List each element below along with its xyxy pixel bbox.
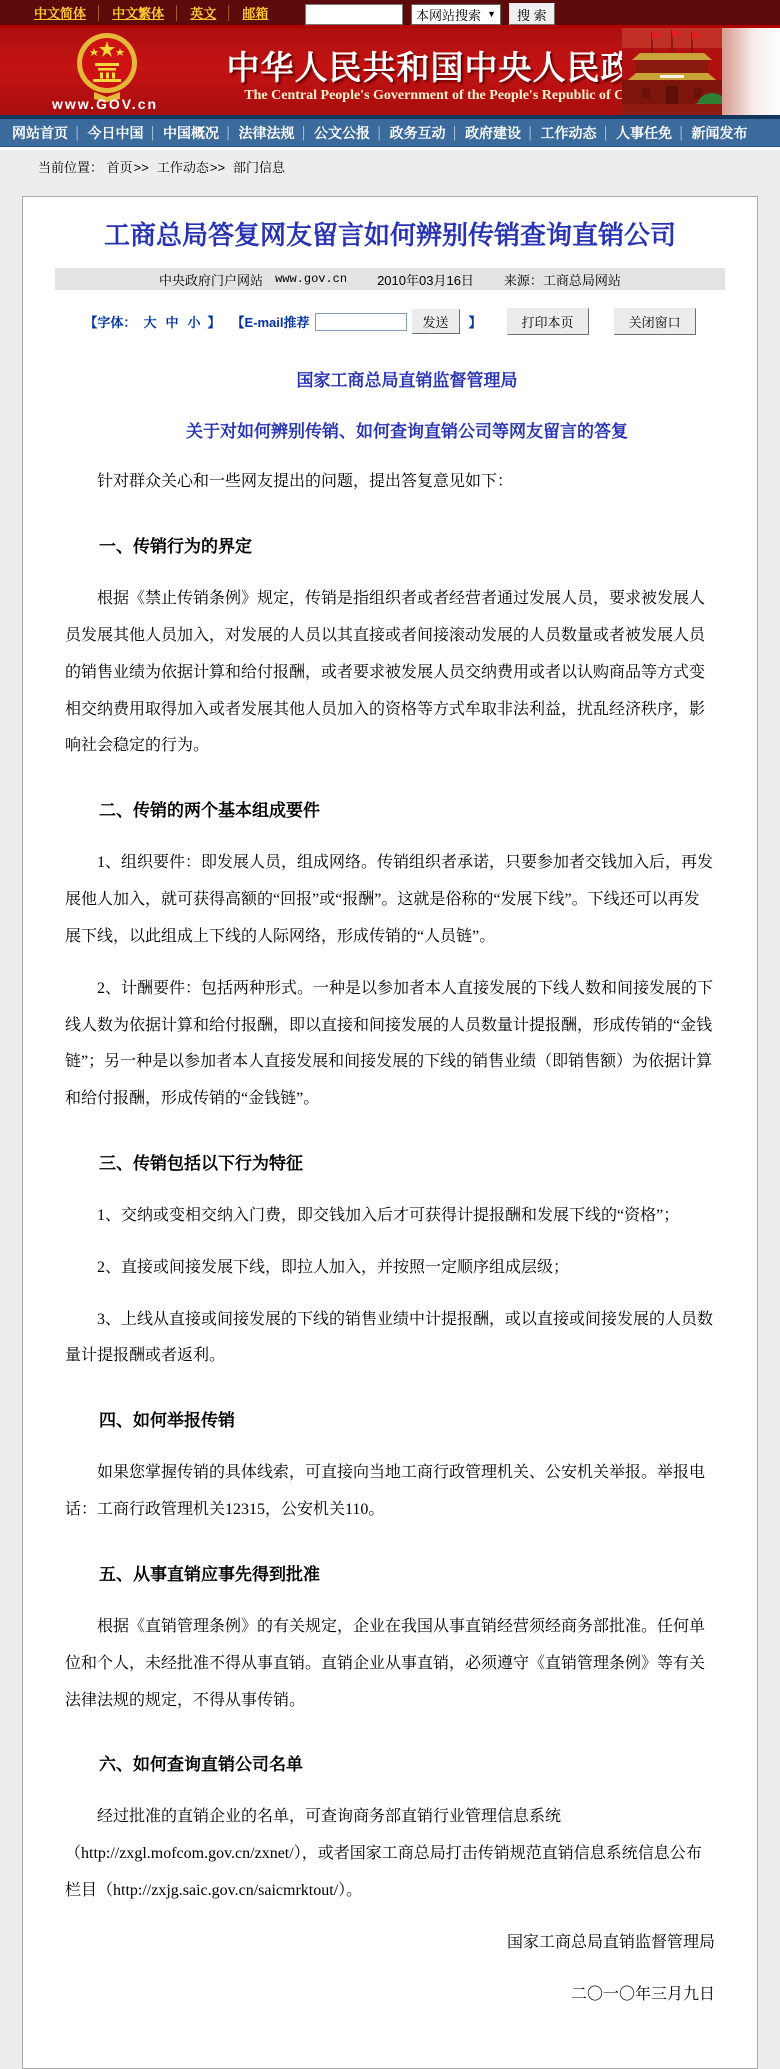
font-size-small[interactable]: 小 (187, 312, 200, 331)
section-heading: 三、传销包括以下行为特征 (65, 1144, 715, 1183)
nav-item-6[interactable]: 政务互动 (390, 123, 446, 143)
meta-date: 2010年03月16日 (377, 270, 474, 289)
breadcrumb-separator: >> (134, 160, 149, 175)
section-heading: 二、传销的两个基本组成要件 (65, 791, 715, 830)
topbar-link-1[interactable]: 中文简体 (34, 3, 86, 22)
nav-separator: │ (603, 126, 611, 140)
breadcrumb-items: 首页>>工作动态>>部门信息 (107, 160, 285, 175)
page-title: 工商总局答复网友留言如何辨别传销查询直销公司 (43, 215, 737, 252)
section-heading: 一、传销行为的界定 (65, 527, 715, 566)
section-heading: 四、如何举报传销 (65, 1401, 715, 1440)
topbar-link-2[interactable]: 中文繁体 (112, 3, 164, 22)
nav-separator: │ (678, 126, 686, 140)
masthead-edge-fade (722, 28, 780, 115)
breadcrumb-item-3[interactable]: 部门信息 (233, 160, 285, 175)
masthead-title: 中华人民共和国中央人民政府 (210, 42, 685, 89)
breadcrumb: 当前位置： 首页>>工作动态>>部门信息 (0, 147, 780, 182)
topbar: 中文简体│中文繁体│英文│邮箱 本网站搜索 ▼ 搜 索 (0, 0, 780, 28)
nav-separator: │ (74, 126, 82, 140)
section-paragraph: 2、直接或间接发展下线，即拉人加入，并按照一定顺序组成层级； (65, 1250, 715, 1287)
section-heading: 六、如何查询直销公司名单 (65, 1745, 715, 1784)
search-input[interactable] (305, 4, 403, 25)
breadcrumb-label: 当前位置： (38, 160, 103, 175)
section-paragraph: 根据《禁止传销条例》规定，传销是指组织者或者经营者通过发展人员，要求被发展人员发… (65, 581, 715, 765)
meta-url: www.gov.cn (275, 272, 347, 286)
topbar-separator: │ (225, 5, 233, 20)
section-paragraph: 1、交纳或变相交纳入门费，即交钱加入后才可获得计提报酬和发展下线的“资格”； (65, 1198, 715, 1235)
font-size-label: 【字体： (84, 312, 136, 331)
section-paragraph: 1、组织要件：即发展人员，组成网络。传销组织者承诺，只要参加者交钱加入后，再发展… (65, 845, 715, 955)
nav-item-5[interactable]: 公文公报 (314, 123, 370, 143)
topbar-separator: │ (173, 5, 181, 20)
nav-separator: │ (527, 126, 535, 140)
print-page-button[interactable]: 打印本页 (507, 308, 589, 335)
chevron-down-icon: ▼ (487, 9, 496, 19)
topbar-separator: │ (95, 5, 103, 20)
email-recommend-label: 【E-mail推荐 (232, 312, 310, 331)
topbar-link-3[interactable]: 英文 (190, 3, 216, 22)
nav-item-2[interactable]: 今日中国 (88, 123, 144, 143)
font-size-medium[interactable]: 中 (165, 312, 178, 331)
breadcrumb-item-1[interactable]: 首页 (107, 160, 133, 175)
article-meta-bar: 中央政府门户网站 www.gov.cn 2010年03月16日 来源：工商总局网… (55, 268, 725, 290)
nav-item-9[interactable]: 人事任免 (616, 123, 672, 143)
intro-paragraph: 针对群众关心和一些网友提出的问题，提出答复意见如下： (65, 464, 715, 501)
close-window-button[interactable]: 关闭窗口 (614, 308, 696, 335)
nav-separator: │ (301, 126, 309, 140)
search-scope-label: 本网站搜索 (416, 5, 481, 24)
article-container: 工商总局答复网友留言如何辨别传销查询直销公司 中央政府门户网站 www.gov.… (22, 196, 758, 2069)
masthead-site-url: www.GOV.cn (20, 96, 190, 112)
nav-separator: │ (225, 126, 233, 140)
nav-item-7[interactable]: 政府建设 (465, 123, 521, 143)
article-sections: 一、传销行为的界定根据《禁止传销条例》规定，传销是指组织者或者经营者通过发展人员… (65, 527, 715, 1910)
breadcrumb-item-2[interactable]: 工作动态 (157, 160, 209, 175)
breadcrumb-separator: >> (210, 160, 225, 175)
section-paragraph: 根据《直销管理条例》的有关规定，企业在我国从事直销经营须经商务部批准。任何单位和… (65, 1609, 715, 1719)
doc-title-line2: 关于对如何辨别传销、如何查询直销公司等网友留言的答复 (65, 414, 715, 450)
nav-item-8[interactable]: 工作动态 (541, 123, 597, 143)
section-paragraph: 经过批准的直销企业的名单，可查询商务部直销行业管理信息系统（http://zxg… (65, 1799, 715, 1909)
nav-item-1[interactable]: 网站首页 (12, 123, 68, 143)
doc-title-line1: 国家工商总局直销监督管理局 (65, 363, 715, 399)
search-button[interactable]: 搜 索 (509, 3, 555, 25)
meta-source: 来源：工商总局网站 (504, 270, 621, 289)
nav-item-10[interactable]: 新闻发布 (692, 123, 748, 143)
signature: 国家工商总局直销监督管理局 (65, 1925, 715, 1962)
masthead-subtitle: The Central People's Government of the P… (210, 88, 685, 104)
page-body: 工商总局答复网友留言如何辨别传销查询直销公司 中央政府门户网站 www.gov.… (0, 182, 780, 2069)
topbar-links: 中文简体│中文繁体│英文│邮箱 (25, 3, 277, 22)
section-heading: 五、从事直销应事先得到批准 (65, 1555, 715, 1594)
nav-item-3[interactable]: 中国概况 (163, 123, 219, 143)
nav-separator: │ (452, 126, 460, 140)
topbar-link-4[interactable]: 邮箱 (242, 3, 268, 22)
main-nav: 网站首页│今日中国│中国概况│法律法规│公文公报│政务互动│政府建设│工作动态│… (0, 119, 780, 147)
article-toolbar: 【字体： 大 中 小 】 【E-mail推荐 发送 】 打印本页 关闭窗口 (23, 308, 757, 335)
nav-separator: │ (376, 126, 384, 140)
search-scope-select[interactable]: 本网站搜索 ▼ (411, 4, 501, 25)
font-size-label-close: 】 (207, 312, 220, 331)
site-search: 本网站搜索 ▼ 搜 索 (305, 3, 555, 25)
tiananmen-image (622, 28, 722, 115)
section-paragraph: 2、计酬要件：包括两种形式。一种是以参加者本人直接发展的下线人数和间接发展的下线… (65, 971, 715, 1118)
signature-date: 二〇一〇年三月九日 (65, 1977, 715, 2014)
nav-item-4[interactable]: 法律法规 (239, 123, 295, 143)
masthead: www.GOV.cn 中华人民共和国中央人民政府 The Central Peo… (0, 28, 780, 115)
section-paragraph: 3、上线从直接或间接发展的下线的销售业绩中计提报酬，或以直接或间接发展的人员数量… (65, 1302, 715, 1376)
nav-separator: │ (150, 126, 158, 140)
article-body: 国家工商总局直销监督管理局 关于对如何辨别传销、如何查询直销公司等网友留言的答复… (65, 363, 715, 2013)
meta-site-group: 中央政府门户网站 www.gov.cn (159, 270, 347, 289)
email-label-close: 】 (469, 312, 482, 331)
send-button[interactable]: 发送 (412, 309, 460, 334)
font-size-large[interactable]: 大 (143, 312, 156, 331)
email-input[interactable] (315, 313, 407, 331)
meta-site: 中央政府门户网站 (159, 270, 263, 289)
section-paragraph: 如果您掌握传销的具体线索，可直接向当地工商行政管理机关、公安机关举报。举报电话：… (65, 1455, 715, 1529)
